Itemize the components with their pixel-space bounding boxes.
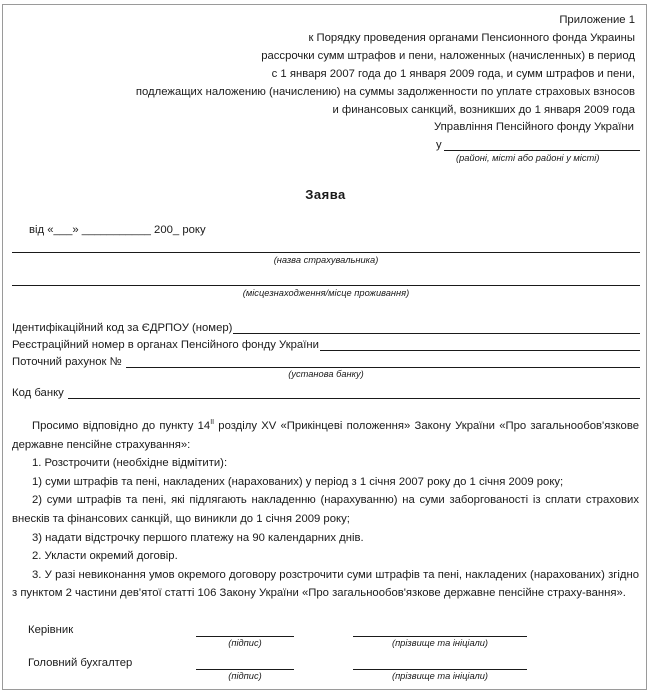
date-line[interactable]: від «___» ___________ 200_ року [29,224,206,236]
appendix-title: Приложение 1 [559,14,635,26]
appendix-line: рассрочки сумм штрафов и пени, наложенны… [261,50,635,62]
accountant-signature-hint: (підпис) [196,671,294,681]
pfu-reg-field: Реєстраційний номер в органах Пенсійного… [12,339,640,351]
account-field: Поточний рахунок № [12,356,640,368]
addressee-title: Управління Пенсійного фонду України [434,121,634,133]
request-body: Просимо відповідно до пункту 14ІІ розділ… [12,417,639,603]
insurer-name-line[interactable] [12,252,640,253]
item-1-3: 3) надати відстрочку першого платежу на … [12,529,639,548]
appendix-line: и финансовых санкций, возникших до 1 янв… [332,104,635,116]
item-3: 3. У разі невиконання умов окремого дого… [12,566,639,603]
appendix-line: к Порядку проведения органами Пенсионног… [308,32,635,44]
signature-role-director: Керівник [28,624,73,636]
addressee-hint: (районі, місті або районі у місті) [456,153,599,163]
accountant-signature-line[interactable] [196,669,294,670]
director-name-line[interactable] [353,636,527,637]
item-1-1: 1) суми штрафів та пені, накладених (нар… [12,473,639,492]
addressee-prefix: у [436,139,442,151]
location-hint: (місцезнаходження/місце проживання) [12,288,640,298]
pfu-reg-label: Реєстраційний номер в органах Пенсійного… [12,339,319,351]
accountant-name-hint: (прізвище та ініціали) [353,671,527,681]
account-label: Поточний рахунок № [12,356,122,368]
item-1: 1. Розстрочити (необхідне відмітити): [12,454,639,473]
edrpou-field: Ідентифікаційний код за ЄДРПОУ (номер) [12,322,640,334]
appendix-line: подлежащих наложению (начислению) на сум… [136,86,635,98]
accountant-name-line[interactable] [353,669,527,670]
signature-role-accountant: Головний бухгалтер [28,657,132,669]
appendix-line: с 1 января 2007 года до 1 января 2009 го… [272,68,635,80]
document-title: Заява [0,187,651,202]
director-signature-line[interactable] [196,636,294,637]
bank-code-field: Код банку [12,387,640,399]
item-1-2: 2) суми штрафів та пені, які підлягають … [12,491,639,528]
director-signature-hint: (підпис) [196,638,294,648]
bank-code-input-line[interactable] [68,387,640,399]
edrpou-label: Ідентифікаційний код за ЄДРПОУ (номер) [12,322,232,334]
director-name-hint: (прізвище та ініціали) [353,638,527,648]
edrpou-input-line[interactable] [233,322,640,334]
item-2: 2. Укласти окремий договір. [12,547,639,566]
account-input-line[interactable] [126,356,640,368]
bank-hint: (установа банку) [12,369,640,379]
pfu-reg-input-line[interactable] [320,339,640,351]
intro-paragraph: Просимо відповідно до пункту 14ІІ розділ… [12,417,639,454]
insurer-name-hint: (назва страхувальника) [12,255,640,265]
bank-code-label: Код банку [12,387,64,399]
addressee-field-line[interactable] [444,150,640,151]
location-line[interactable] [12,285,640,286]
